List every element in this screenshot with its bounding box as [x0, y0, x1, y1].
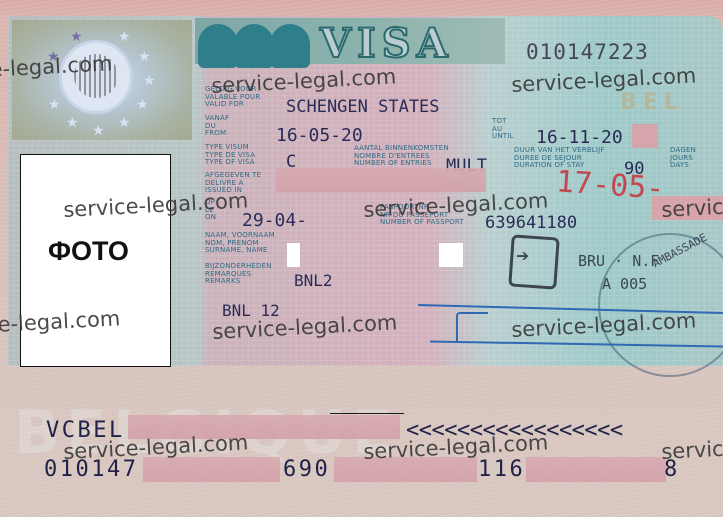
divider: [330, 413, 404, 414]
star-icon: ★: [92, 124, 105, 138]
star-icon: ★: [138, 50, 151, 64]
name-redacted-box: [287, 243, 300, 267]
redacted-box: [632, 124, 658, 148]
date-stamp: 17-05-: [555, 164, 666, 206]
mrz-redacted: [143, 457, 280, 482]
issue-date-value: 29-04-: [242, 210, 307, 231]
star-icon: ★: [118, 116, 131, 130]
type-of-visa-label: TYPE VISUMTYPE DE VISATYPE OF VISA: [205, 144, 255, 167]
star-icon: ★: [66, 116, 79, 130]
until-value: 16-11-20: [536, 127, 623, 148]
visa-logo-shapes: [198, 24, 310, 72]
until-label: TOTAUUNTIL: [492, 118, 514, 141]
mrz-line2-part: 116: [478, 457, 525, 482]
surname-name-label: NAAM, VOORNAAMNOM, PRENOMSURNAME, NAME: [205, 232, 275, 255]
from-label: VANAFDUFROM: [205, 115, 229, 138]
remarks-label: BIJZONDERHEDENREMARQUESREMARKS: [205, 263, 272, 286]
number-of-entries-label: AANTAL BINNENKOMSTENNOMBRE D'ENTREESNUMB…: [354, 145, 449, 168]
name-redacted-box: [439, 243, 463, 267]
issued-in-redacted: [276, 168, 486, 192]
remarks-value-1: BNL2: [294, 271, 333, 290]
days-label: DAGENJOURSDAYS: [670, 147, 696, 170]
valid-for-value: SCHENGEN STATES: [286, 97, 440, 117]
passport-number-value: 639641180: [485, 213, 577, 233]
signature: [456, 312, 488, 342]
mrz-redacted: [526, 457, 666, 482]
star-icon: ★: [48, 98, 61, 112]
star-icon: ★: [143, 74, 156, 88]
from-value: 16-05-20: [276, 125, 363, 146]
country-code-watermark: BEL: [620, 90, 684, 115]
star-icon: ★: [136, 98, 149, 112]
photo-label: ФОТО: [48, 236, 129, 267]
star-icon: ★: [70, 30, 83, 44]
mrz-line2-part: 690: [283, 457, 330, 482]
arrow-icon: ➔: [516, 244, 529, 269]
visa-logo-text: VISA: [320, 20, 454, 67]
star-icon: ★: [118, 30, 131, 44]
visa-number: 010147223: [526, 40, 649, 64]
